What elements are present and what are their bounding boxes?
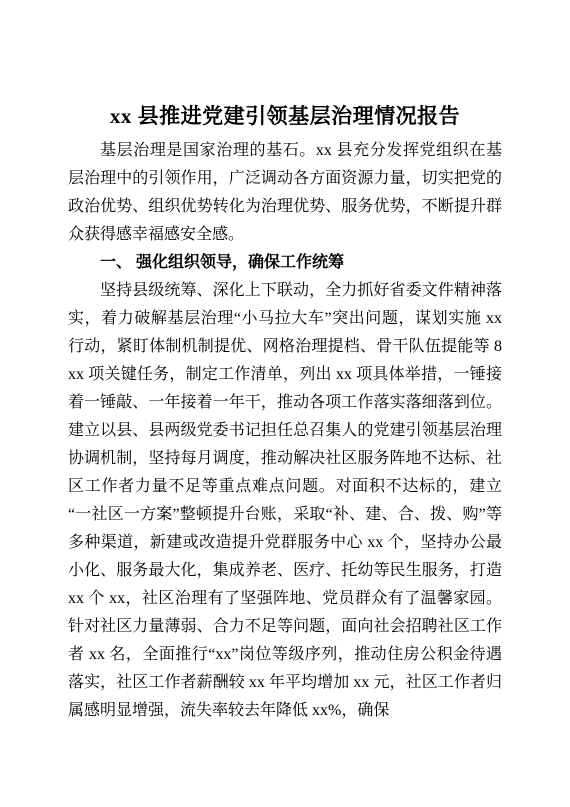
section-1-body-paragraph: 坚持县级统筹、深化上下联动，全力抓好省委文件精神落实，着力破解基层治理“小马拉大… (68, 277, 502, 725)
document-title: xx 县推进党建引领基层治理情况报告 (68, 100, 502, 132)
document-page: xx 县推进党建引领基层治理情况报告 基层治理是国家治理的基石。xx 县充分发挥… (0, 0, 570, 807)
section-1-heading: 一、 强化组织领导，确保工作统筹 (68, 249, 502, 277)
intro-paragraph: 基层治理是国家治理的基石。xx 县充分发挥党组织在基层治理中的引领作用，广泛调动… (68, 137, 502, 249)
